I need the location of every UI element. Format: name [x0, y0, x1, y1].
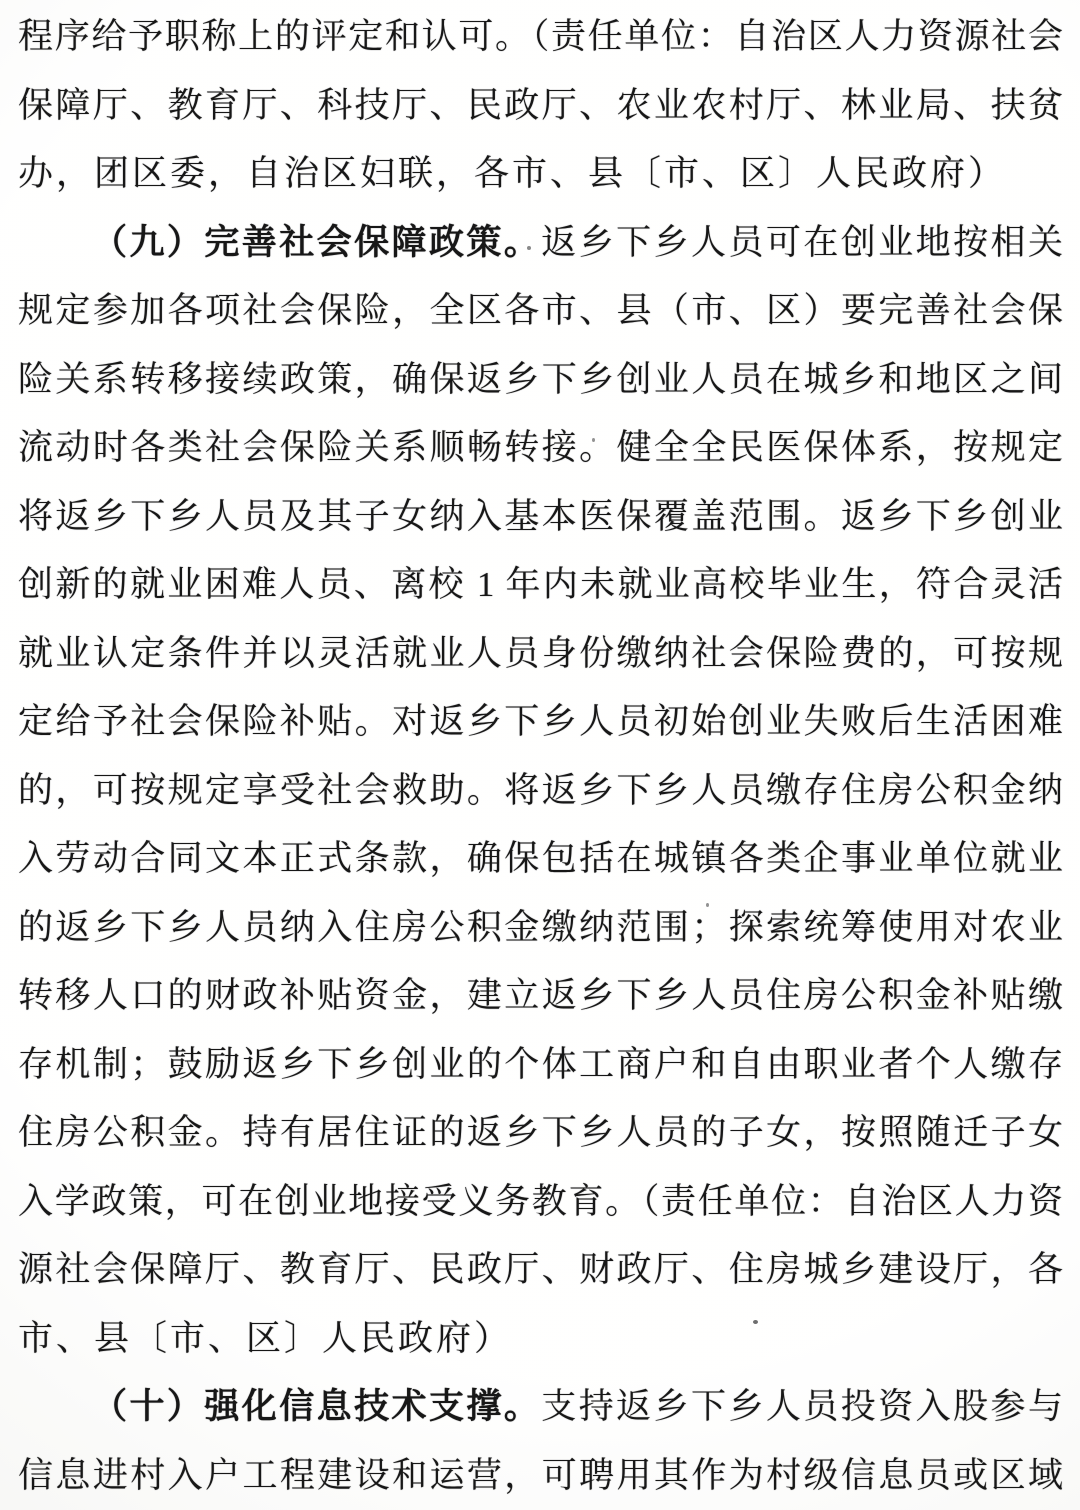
text-line: 市、县〔市、区〕人民政府）	[18, 1305, 1063, 1374]
section-heading: （十）强化信息技术支撑。	[92, 1387, 541, 1426]
text-line: 定给予社会保险补贴。对返乡下乡人员初始创业失败后生活困难	[18, 688, 1063, 757]
text-line: 的返乡下乡人员纳入住房公积金缴纳范围；探索统筹使用对农业	[18, 894, 1063, 963]
text-line: 创新的就业困难人员、离校 1 年内未就业高校毕业生，符合灵活	[18, 551, 1063, 620]
text-line: 规定参加各项社会保险，全区各市、县（市、区）要完善社会保	[18, 277, 1063, 346]
text-line: 将返乡下乡人员及其子女纳入基本医保覆盖范围。返乡下乡创业	[18, 483, 1063, 552]
text-line: 办，团区委，自治区妇联，各市、县〔市、区〕人民政府）	[18, 140, 1063, 209]
text-line: 就业认定条件并以灵活就业人员身份缴纳社会保险费的，可按规	[18, 620, 1063, 689]
section-heading: （九）完善社会保障政策。	[92, 223, 541, 262]
text-line: 保障厅、教育厅、科技厅、民政厅、农业农村厅、林业局、扶贫	[18, 72, 1063, 141]
document-page: 程序给予职称上的评定和认可。（责任单位：自治区人力资源社会保障厅、教育厅、科技厅…	[0, 0, 1080, 1510]
text-line: 信息进村入户工程建设和运营，可聘用其作为村级信息员或区域	[18, 1442, 1063, 1510]
text-line: 存机制；鼓励返乡下乡创业的个体工商户和自由职业者个人缴存	[18, 1031, 1063, 1100]
text-line: 入劳动合同文本正式条款，确保包括在城镇各类企事业单位就业	[18, 825, 1063, 894]
scan-speck	[527, 246, 531, 250]
document-lines: 程序给予职称上的评定和认可。（责任单位：自治区人力资源社会保障厅、教育厅、科技厅…	[18, 3, 1063, 1510]
scan-speck	[753, 1320, 758, 1324]
text-line: 源社会保障厅、教育厅、民政厅、财政厅、住房城乡建设厅，各	[18, 1236, 1063, 1305]
section-heading-line: （九）完善社会保障政策。返乡下乡人员可在创业地按相关	[18, 209, 1063, 278]
text-line: 程序给予职称上的评定和认可。（责任单位：自治区人力资源社会	[18, 3, 1063, 72]
text-line: 险关系转移接续政策，确保返乡下乡创业人员在城乡和地区之间	[18, 346, 1063, 415]
text-line: 住房公积金。持有居住证的返乡下乡人员的子女，按照随迁子女	[18, 1099, 1063, 1168]
section-heading-line: （十）强化信息技术支撑。支持返乡下乡人员投资入股参与	[18, 1373, 1063, 1442]
text-line: 入学政策，可在创业地接受义务教育。（责任单位：自治区人力资	[18, 1168, 1063, 1237]
scan-speck	[706, 903, 709, 907]
text-line: 转移人口的财政补贴资金，建立返乡下乡人员住房公积金补贴缴	[18, 962, 1063, 1031]
text-line: 流动时各类社会保险关系顺畅转接。健全全民医保体系，按规定	[18, 414, 1063, 483]
text-line: 的，可按规定享受社会救助。将返乡下乡人员缴存住房公积金纳	[18, 757, 1063, 826]
scan-speck	[592, 438, 595, 442]
